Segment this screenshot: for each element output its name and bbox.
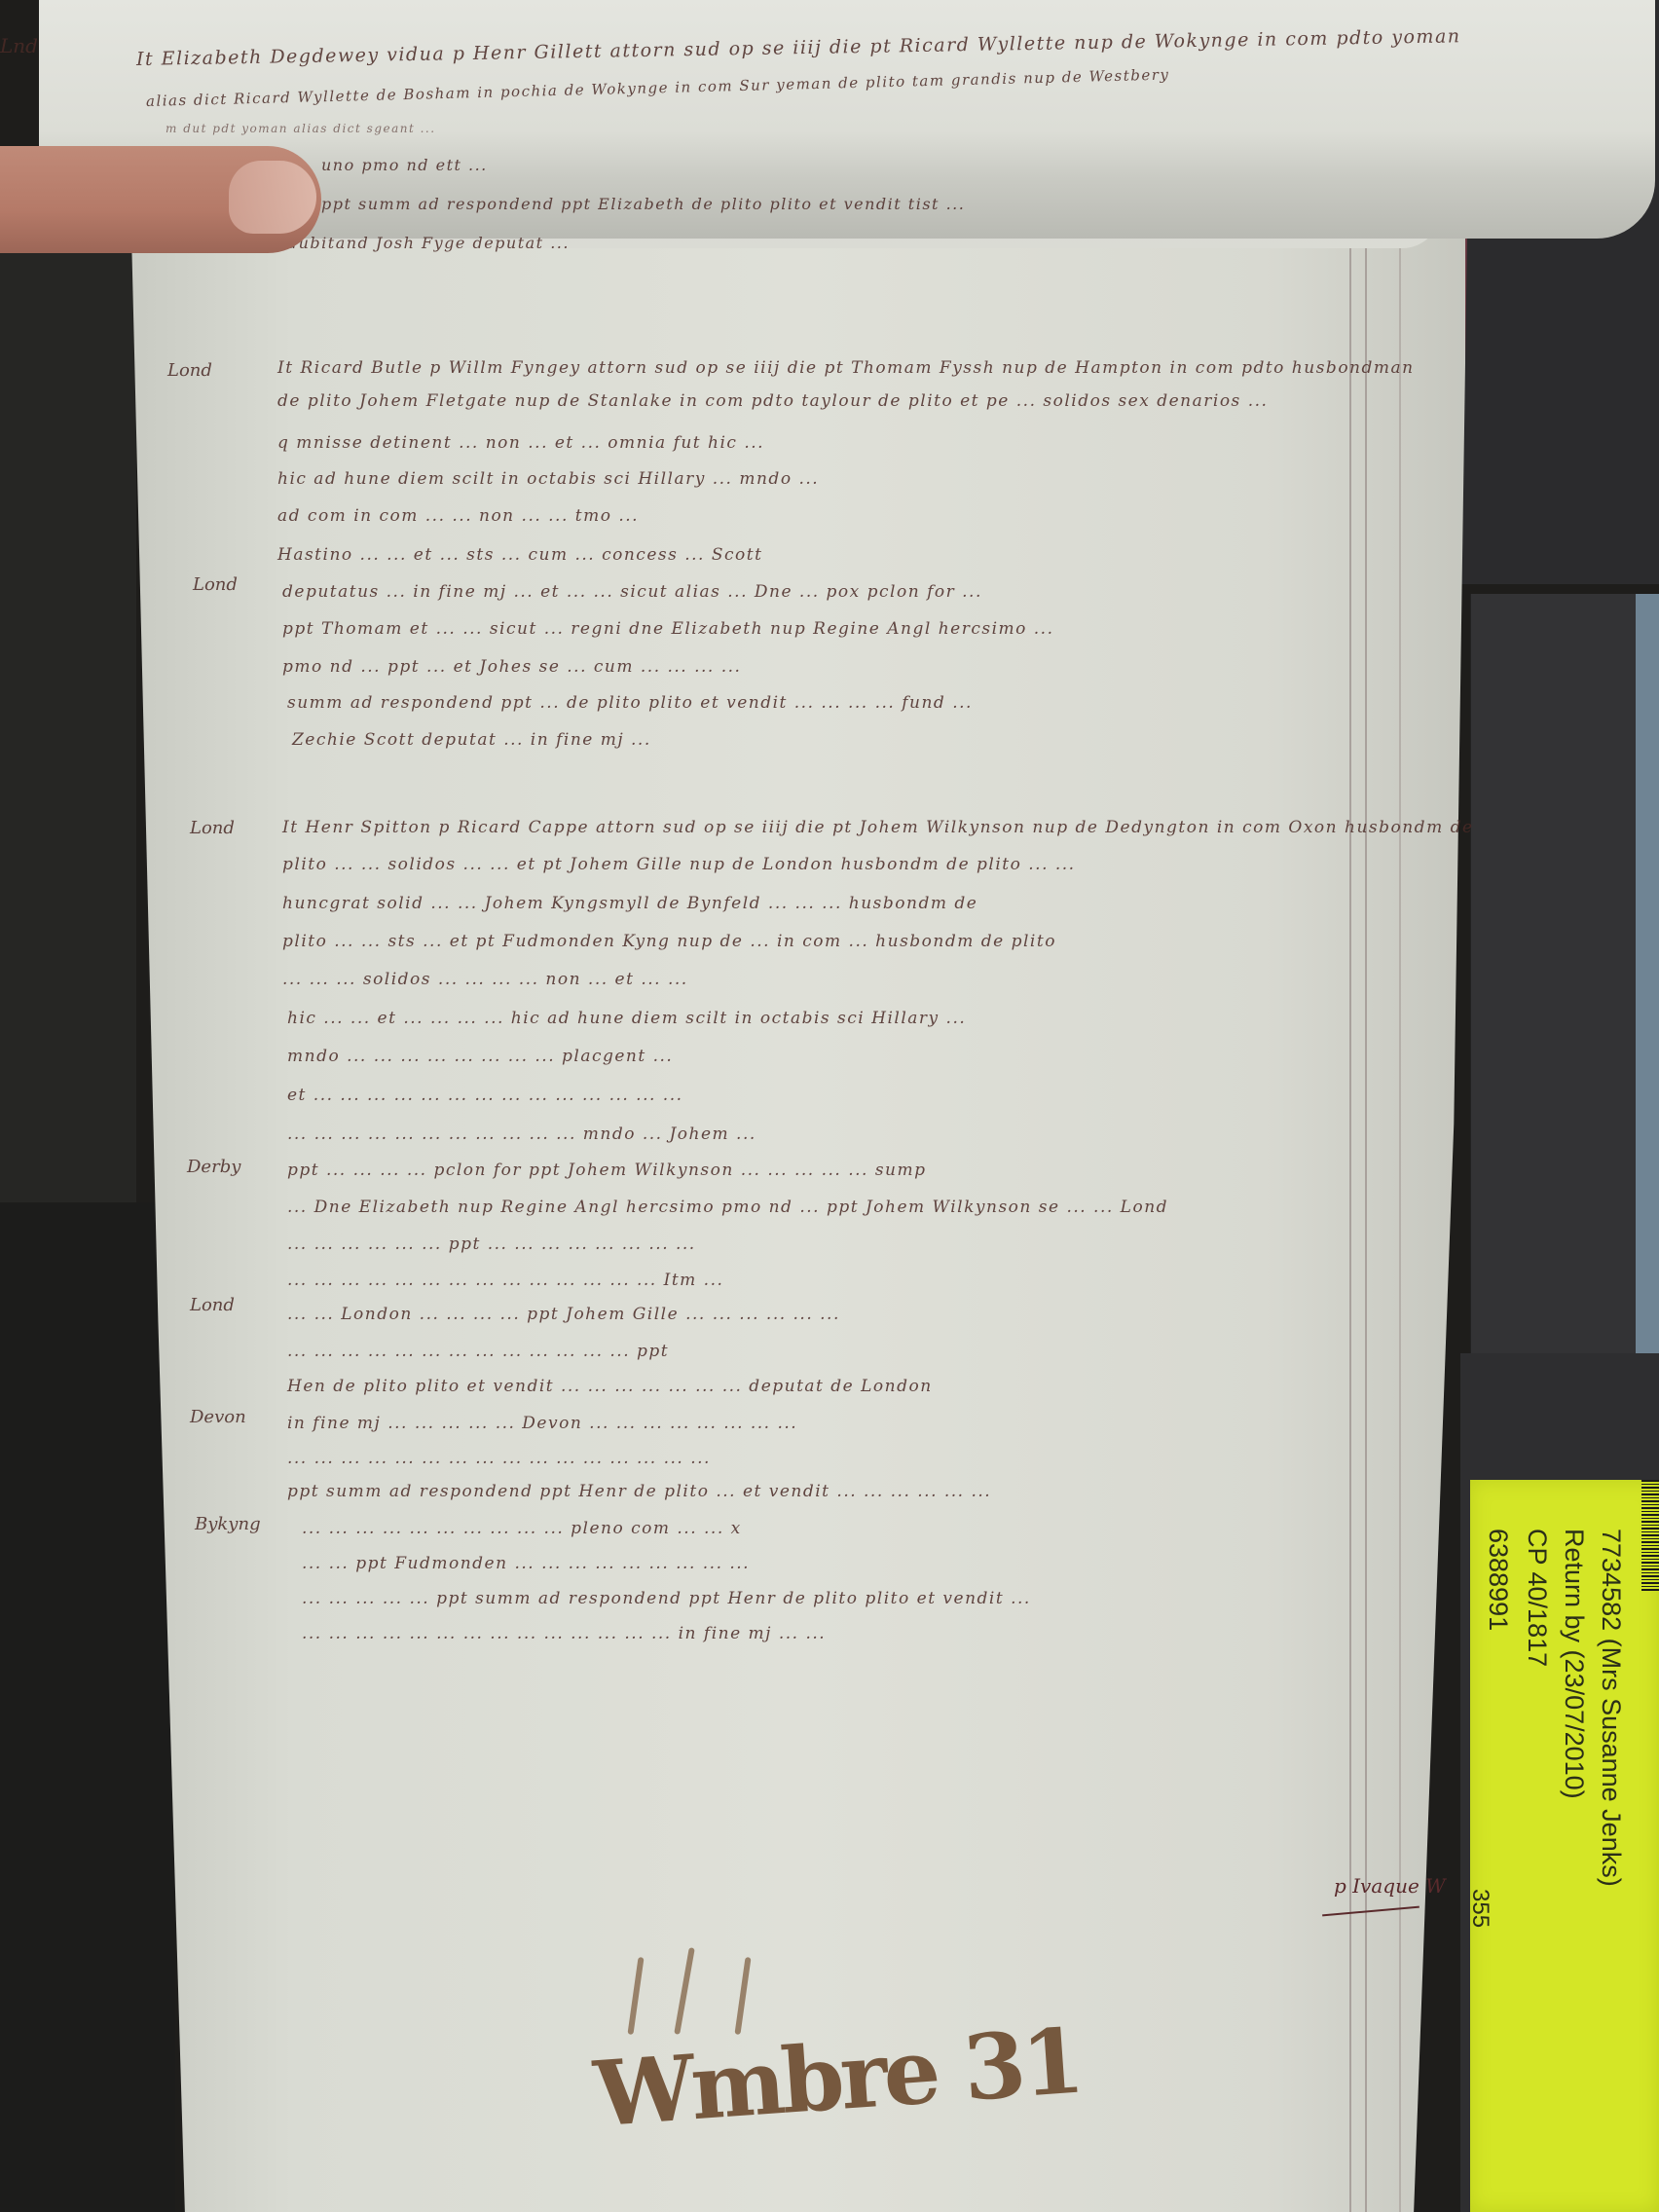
handwritten-line: ... ... ... ... ... ... ... ... ... ... … bbox=[287, 1342, 669, 1361]
handwritten-line: plito ... ... sts ... et pt Fudmonden Ky… bbox=[282, 932, 1056, 951]
margin-note: Lond bbox=[190, 818, 235, 838]
handwritten-line: uno pmo nd ett ... bbox=[321, 156, 488, 174]
handwritten-line: ppt summ ad respondend ppt Elizabeth de … bbox=[321, 195, 965, 213]
handwritten-line: ... ... ppt Fudmonden ... ... ... ... ..… bbox=[302, 1554, 750, 1573]
handwritten-line: Hastino ... ... et ... sts ... cum ... c… bbox=[277, 545, 762, 565]
attestation-mark: p Ivaque W bbox=[1334, 1874, 1446, 1898]
handwritten-line: Hen de plito plito et vendit ... ... ...… bbox=[287, 1377, 933, 1396]
barcode bbox=[1641, 1480, 1659, 1592]
ruled-margin-line bbox=[1399, 234, 1401, 2212]
margin-note: Bykyng bbox=[195, 1514, 261, 1534]
handwritten-line: summ ad respondend ppt ... de plito plit… bbox=[287, 693, 973, 713]
handwritten-line: ... Dne Elizabeth nup Regine Angl hercsi… bbox=[287, 1198, 1168, 1217]
handwritten-line: ppt Thomam et ... ... sicut ... regni dn… bbox=[282, 619, 1053, 639]
handwritten-line: ad com in com ... ... non ... ... tmo ..… bbox=[277, 506, 639, 526]
handwritten-line: pmo nd ... ppt ... et Johes se ... cum .… bbox=[282, 657, 741, 677]
handwritten-line: ... ... ... solidos ... ... ... ... non … bbox=[282, 970, 688, 989]
handwritten-line: ... ... ... ... ... ... ... ... ... ... … bbox=[287, 1271, 723, 1290]
handwritten-line: q mnisse detinent ... non ... et ... omn… bbox=[277, 433, 764, 453]
label-page-number: 355 bbox=[1466, 1889, 1493, 1928]
handwritten-line: plito ... ... solidos ... ... et pt Johe… bbox=[282, 855, 1076, 874]
handwritten-line: Andubitand Josh Fyge deputat ... bbox=[263, 234, 570, 252]
margin-note: Lond bbox=[193, 574, 238, 595]
handwritten-line: hic ... ... et ... ... ... ... hic ad hu… bbox=[287, 1009, 966, 1028]
handwritten-line: It Ricard Butle p Willm Fyngey attorn su… bbox=[277, 358, 1415, 378]
handwritten-line: hic ad hune diem scilt in octabis sci Hi… bbox=[277, 469, 819, 489]
thumbnail bbox=[229, 161, 316, 234]
handwritten-line: in fine mj ... ... ... ... ... Devon ...… bbox=[287, 1414, 797, 1433]
margin-note: Devon bbox=[190, 1407, 246, 1427]
dark-background-left bbox=[0, 253, 136, 1227]
handwritten-line: Zechie Scott deputat ... in fine mj ... bbox=[292, 730, 651, 750]
margin-note: Lond bbox=[190, 1295, 235, 1315]
blue-surface-edge bbox=[1636, 594, 1659, 1353]
dark-foam-board-right bbox=[1470, 594, 1659, 1353]
handwritten-line: et ... ... ... ... ... ... ... ... ... .… bbox=[287, 1086, 683, 1105]
handwritten-line: mndo ... ... ... ... ... ... ... ... pla… bbox=[287, 1047, 673, 1066]
archive-label: 6388991 CP 40/1817 Return by (23/07/2010… bbox=[1470, 1480, 1659, 2212]
handwritten-line: ppt ... ... ... ... pclon for ppt Johem … bbox=[287, 1161, 927, 1180]
parchment-membrane bbox=[131, 234, 1467, 2212]
handwritten-line: ... ... ... ... ... ... ... ... ... ... … bbox=[302, 1519, 742, 1538]
handwritten-line: de plito Johem Fletgate nup de Stanlake … bbox=[277, 391, 1268, 411]
dark-foam-board-left bbox=[0, 1202, 175, 2212]
margin-note: Derby bbox=[187, 1157, 240, 1177]
handwritten-line: ... ... ... ... ... ... ... ... ... ... … bbox=[302, 1624, 826, 1643]
label-item-id: 6388991 bbox=[1483, 1529, 1513, 1631]
margin-note: Lnd bbox=[0, 34, 38, 57]
handwritten-line: It Henr Spitton p Ricard Cappe attorn su… bbox=[282, 818, 1474, 837]
handwritten-line: deputatus ... in fine mj ... et ... ... … bbox=[282, 582, 982, 602]
label-reader: 7734582 (Mrs Susanne Jenks) bbox=[1596, 1529, 1626, 1887]
label-reference: CP 40/1817 bbox=[1522, 1529, 1552, 1667]
handwritten-line: ... ... ... ... ... ... ppt ... ... ... … bbox=[287, 1235, 696, 1254]
handwritten-line: huncgrat solid ... ... Johem Kyngsmyll d… bbox=[282, 894, 977, 913]
label-return-date: Return by (23/07/2010) bbox=[1559, 1529, 1589, 1799]
handwritten-line: ... ... ... ... ... ppt summ ad responde… bbox=[302, 1589, 1031, 1608]
handwritten-line: ... ... ... ... ... ... ... ... ... ... … bbox=[287, 1449, 711, 1468]
label-text: 6388991 CP 40/1817 Return by (23/07/2010… bbox=[1470, 1480, 1659, 2212]
handwritten-line: ppt summ ad respondend ppt Henr de plito… bbox=[287, 1482, 991, 1501]
ruled-margin-line bbox=[1349, 234, 1351, 2212]
margin-note: Lond bbox=[167, 360, 212, 381]
handwritten-line: ... ... ... ... ... ... ... ... ... ... … bbox=[287, 1124, 756, 1144]
handwritten-line: m dut pdt yoman alias dict sgeant ... bbox=[166, 122, 436, 135]
ruled-margin-line bbox=[1365, 234, 1367, 2212]
handwritten-line: ... ... London ... ... ... ... ppt Johem… bbox=[287, 1305, 840, 1324]
